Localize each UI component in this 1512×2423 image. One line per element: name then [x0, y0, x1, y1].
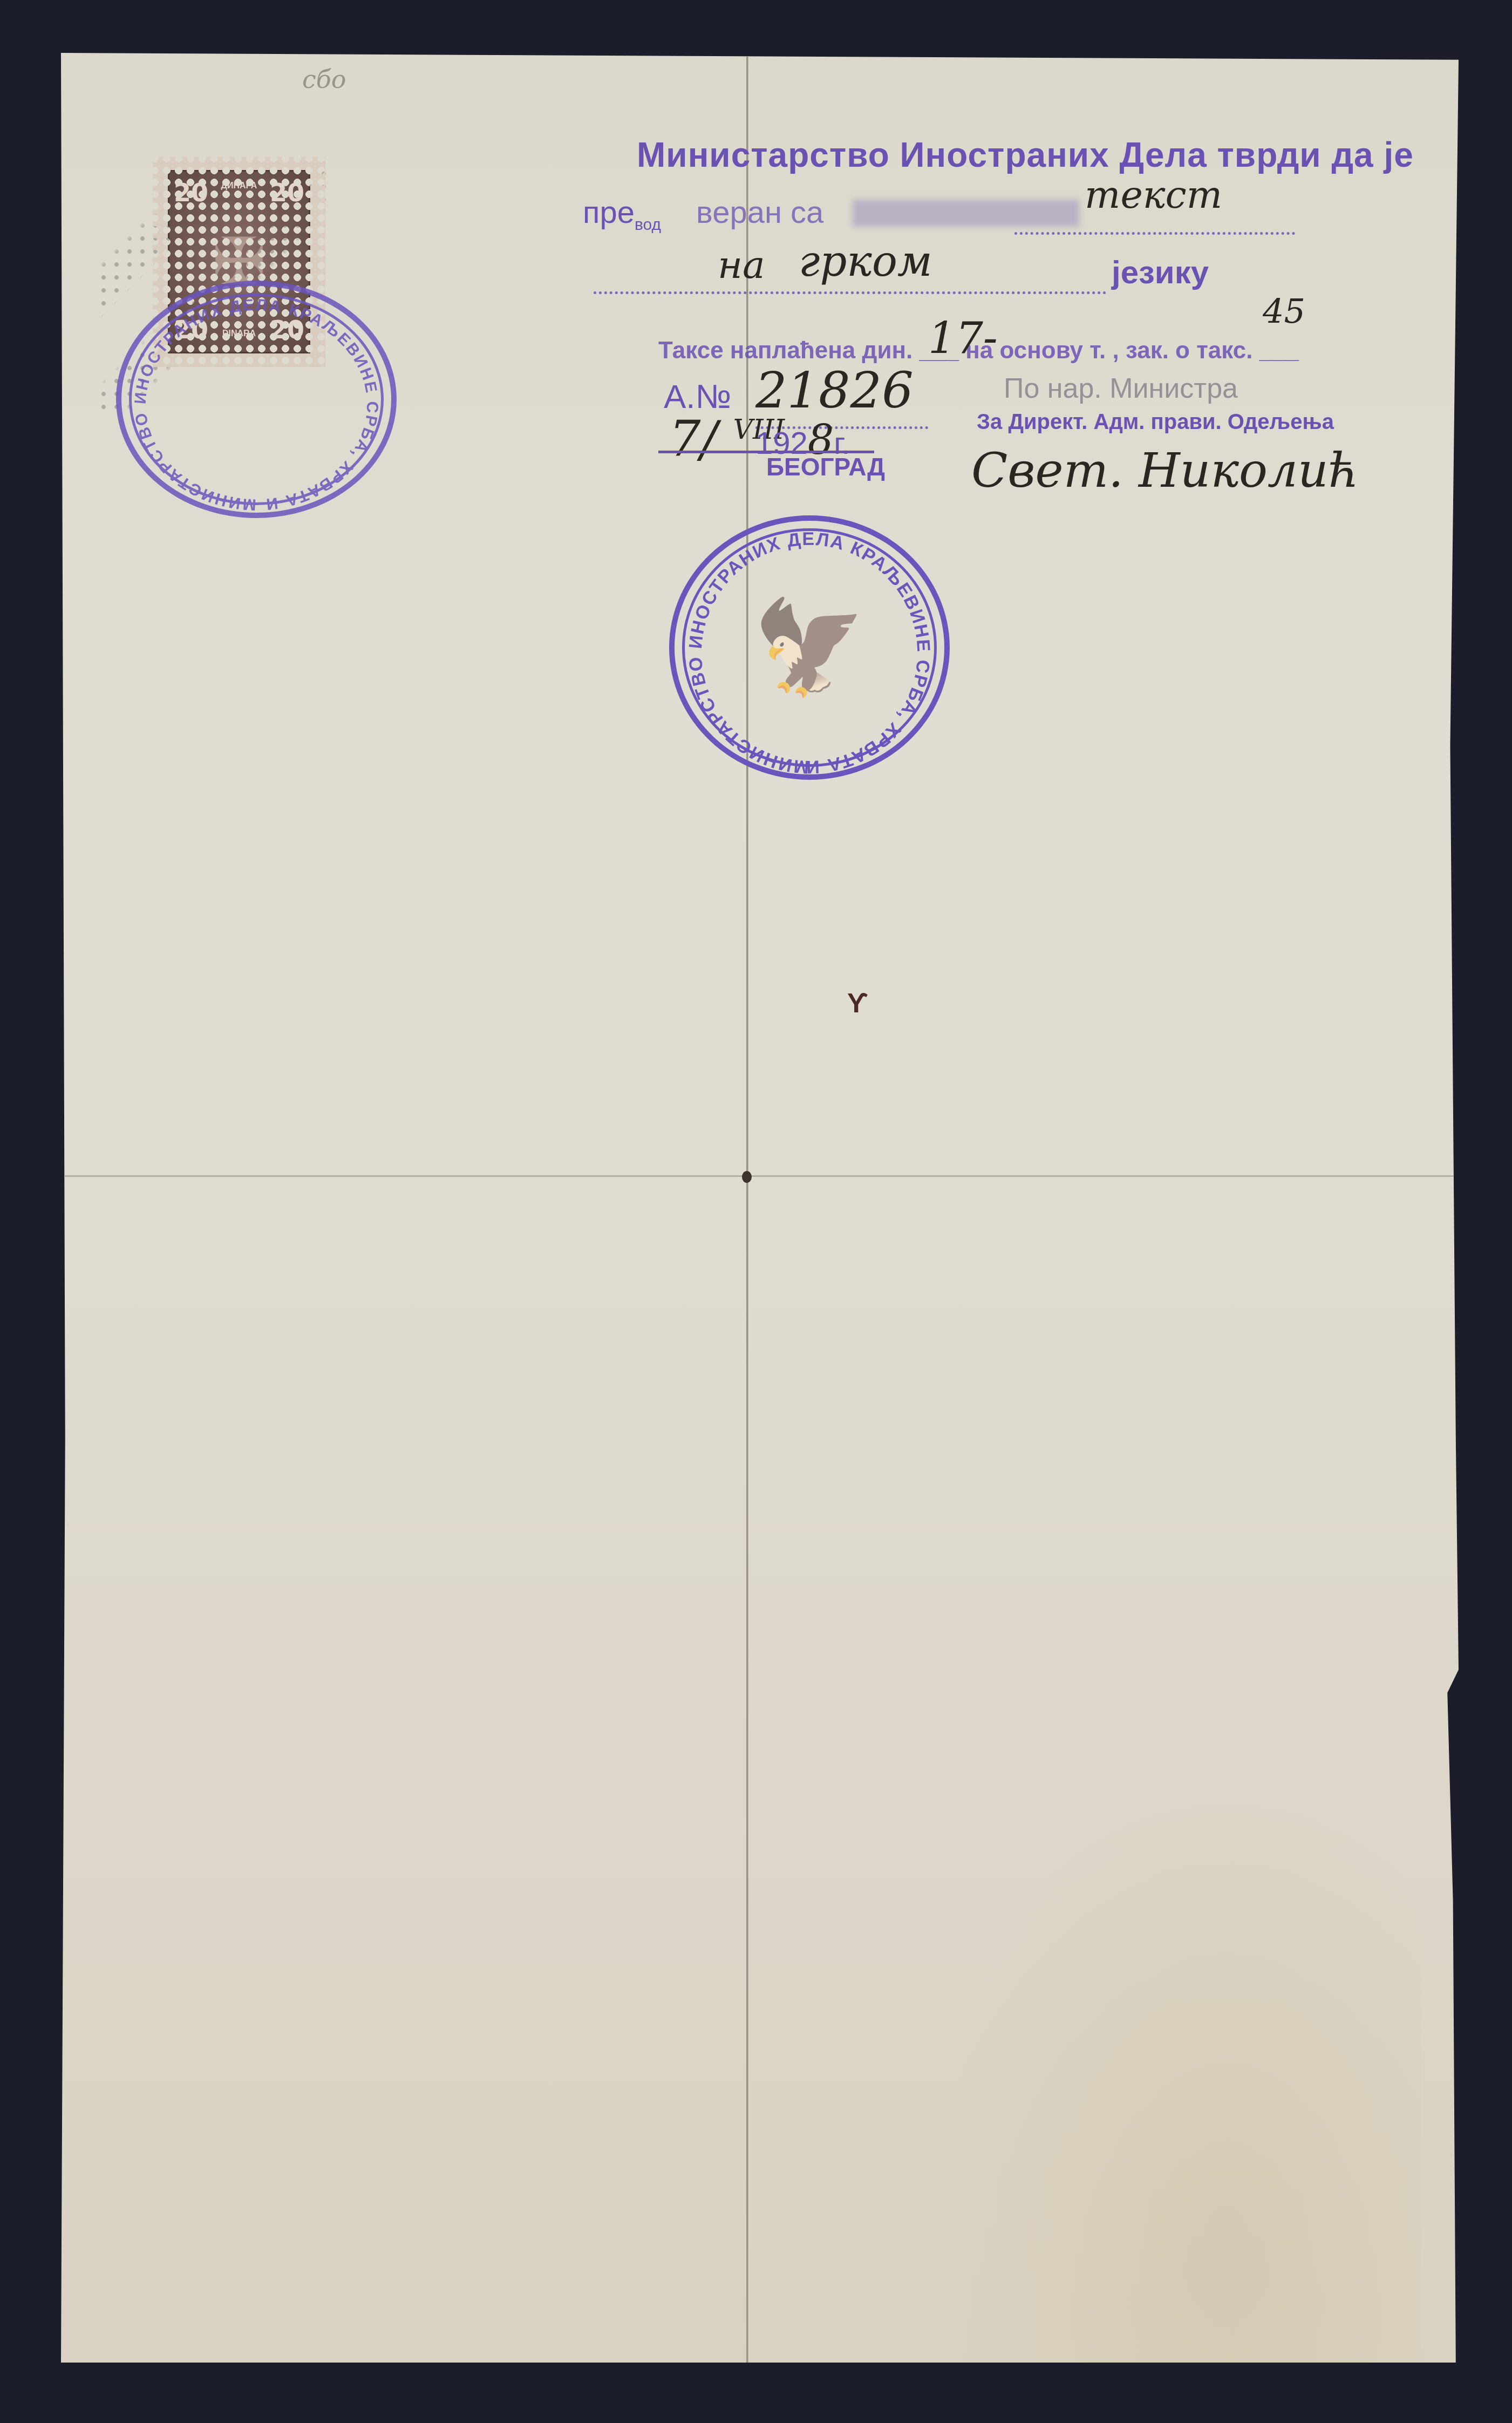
stamp-value-tl: 20: [174, 178, 208, 207]
handwritten-tax-article: 45: [1263, 291, 1305, 331]
ministry-seal-small: МИНИСТАРСТВО ИНОСТРАНИХ ДЕЛА КРАЉЕВИНЕ С…: [116, 281, 397, 518]
horizontal-fold-crease: [61, 1175, 1459, 1177]
seal-small-ring-text: МИНИСТАРСТВО ИНОСТРАНИХ ДЕЛА КРАЉЕВИНЕ С…: [121, 286, 391, 513]
double-headed-eagle-icon: 🦅: [752, 594, 867, 702]
stamp-value-tr: 20: [270, 178, 304, 207]
veran-sa-text: веран са: [696, 194, 823, 230]
dotted-underline: [594, 291, 1106, 294]
handwritten-tax-amount: 17-: [928, 313, 998, 363]
vertical-fold-crease: [746, 53, 748, 2363]
obscured-stamp-text: [853, 200, 1079, 227]
jeziku-text: језику: [1112, 254, 1209, 291]
signature: Свет. Николић: [971, 443, 1359, 498]
seal-small-text: МИНИСТАРСТВО ИНОСТРАНИХ ДЕЛА КРАЉЕВИНЕ С…: [121, 286, 381, 513]
pencil-note: сбо: [302, 65, 346, 94]
handwritten-language: грком: [799, 237, 932, 286]
department-text: За Директ. Адм. прави. Одељења: [977, 410, 1334, 434]
handwritten-tekst: текст: [1085, 173, 1222, 217]
prefix-text: пре: [583, 195, 635, 230]
by-order-of-minister: По нар. Министра: [1004, 372, 1238, 405]
handwritten-na: на: [718, 243, 765, 287]
prefix-sub-text: вод: [635, 216, 661, 234]
date-day: 7/: [669, 410, 718, 468]
dotted-underline: [1014, 232, 1295, 235]
certification-heading: Министарство Иностраних Дела тврди да је: [637, 135, 1414, 175]
svg-text:МИНИСТАРСТВО ИНОСТРАНИХ ДЕЛА К: МИНИСТАРСТВО ИНОСТРАНИХ ДЕЛА КРАЉЕВИНЕ С…: [121, 286, 381, 513]
stamp-word-top: ДИНАРА: [213, 181, 265, 191]
prevod-prefix: превод: [583, 194, 661, 234]
stray-ink-mark: ϒ: [847, 988, 868, 1019]
place-beograd: БЕОГРАД: [766, 452, 885, 481]
fold-intersection-hole: [742, 1171, 752, 1183]
ministry-seal-large: МИНИСТАРСТВО ИНОСТРАНИХ ДЕЛА КРАЉЕВИНЕ С…: [669, 515, 950, 780]
